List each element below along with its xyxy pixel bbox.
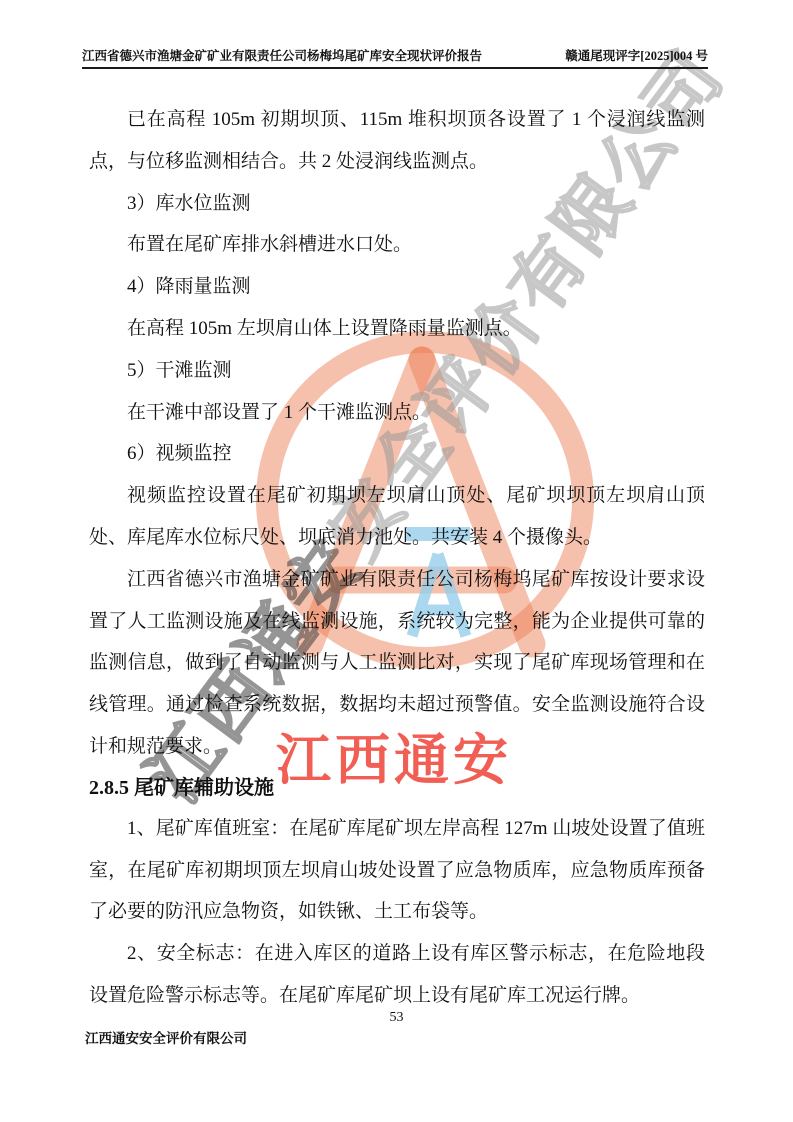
list-item-heading: 5）干滩监测 <box>89 350 705 392</box>
paragraph: 布置在尾矿库排水斜槽进水口处。 <box>89 224 705 266</box>
paragraph: 视频监控设置在尾矿初期坝左坝肩山顶处、尾矿坝坝顶左坝肩山顶处、库尾库水位标尺处、… <box>89 475 705 559</box>
paragraph: 2、安全标志：在进入库区的道路上设有库区警示标志，在危险地段设置危险警示标志等。… <box>89 933 705 1017</box>
list-item-heading: 4）降雨量监测 <box>89 266 705 308</box>
page-number: 53 <box>0 1010 793 1026</box>
header-doc-number: 赣通尾现评字[2025]004 号 <box>565 46 708 64</box>
footer-company-name: 江西通安安全评价有限公司 <box>85 1027 247 1047</box>
section-heading: 2.8.5 尾矿库辅助设施 <box>89 768 705 808</box>
paragraph: 1、尾矿库值班室：在尾矿库尾矿坝左岸高程 127m 山坡处设置了值班室，在尾矿库… <box>89 808 705 933</box>
paragraph: 江西省德兴市渔塘金矿矿业有限责任公司杨梅坞尾矿库按设计要求设置了人工监测设施及在… <box>89 559 705 768</box>
list-item-heading: 3）库水位监测 <box>89 183 705 225</box>
paragraph: 在干滩中部设置了 1 个干滩监测点。 <box>89 392 705 434</box>
page-header: 江西省德兴市渔塘金矿矿业有限责任公司杨梅坞尾矿库安全现状评价报告 赣通尾现评字[… <box>82 46 708 69</box>
report-page: 江西通安安全评价有限公司 江西通安 江西省德兴市渔塘金矿矿业有限责任公司杨梅坞尾… <box>0 0 793 1122</box>
paragraph: 已在高程 105m 初期坝顶、115m 堆积坝顶各设置了 1 个浸润线监测点，与… <box>89 99 705 183</box>
paragraph: 在高程 105m 左坝肩山体上设置降雨量监测点。 <box>89 308 705 350</box>
list-item-heading: 6）视频监控 <box>89 433 705 475</box>
document-body: 已在高程 105m 初期坝顶、115m 堆积坝顶各设置了 1 个浸润线监测点，与… <box>89 99 705 1017</box>
header-report-title: 江西省德兴市渔塘金矿矿业有限责任公司杨梅坞尾矿库安全现状评价报告 <box>82 46 482 64</box>
